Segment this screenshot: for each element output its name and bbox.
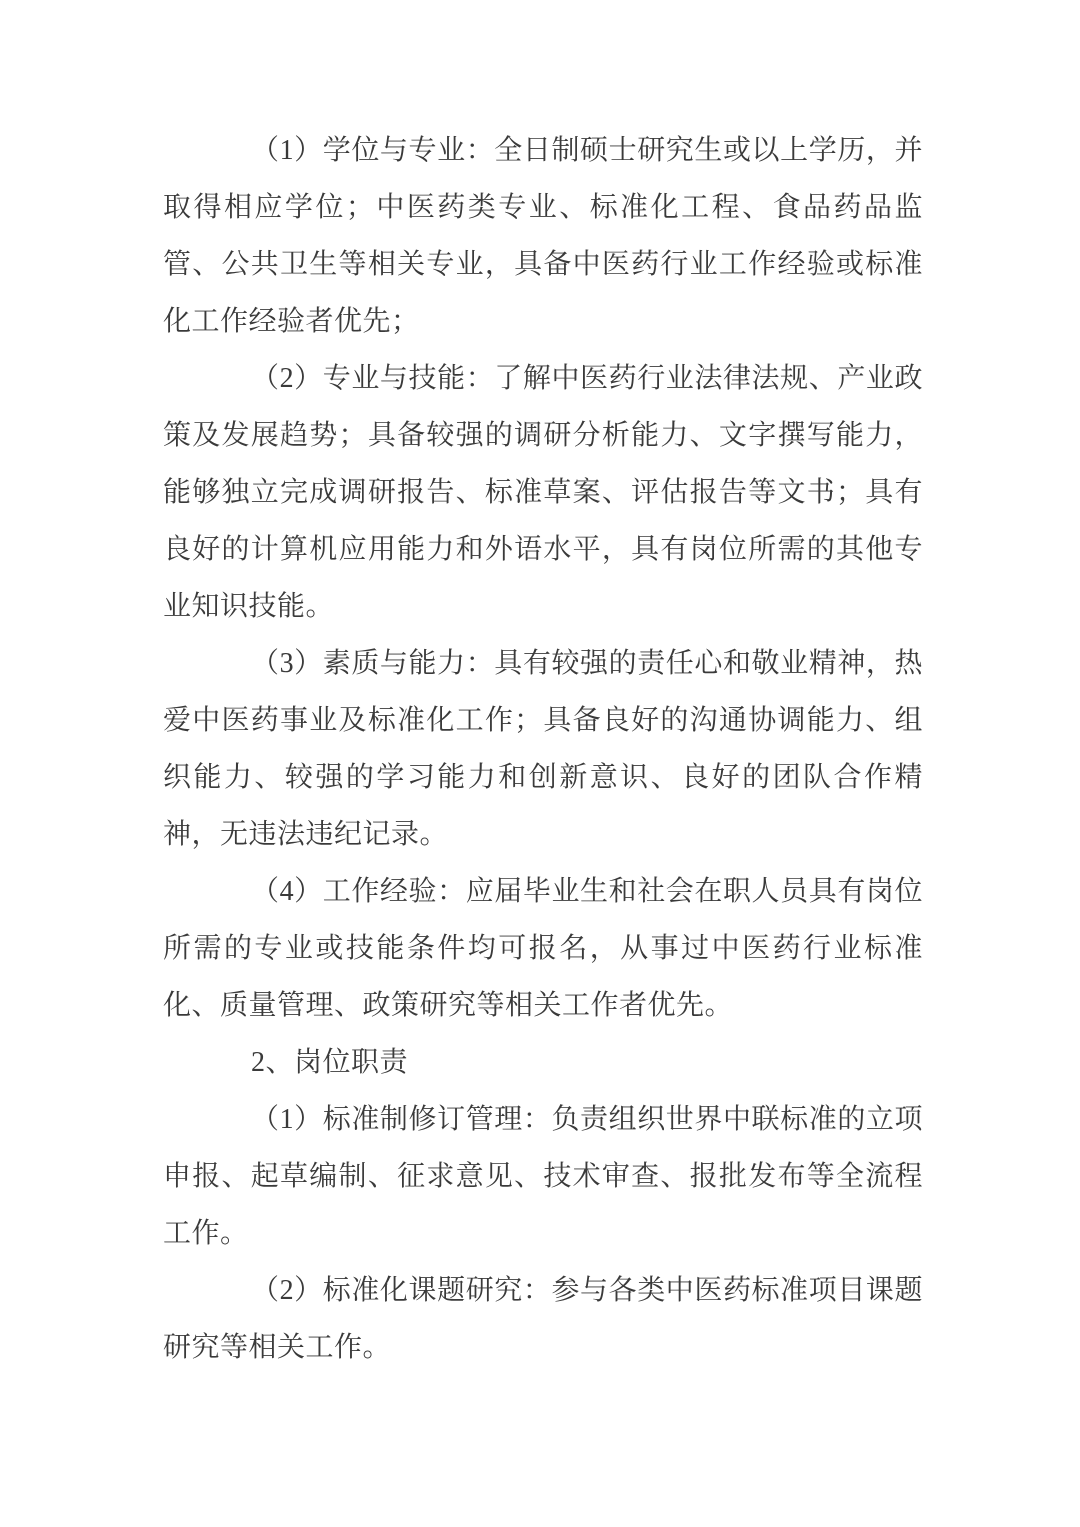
paragraph-standard-revision-management: （1）标准制修订管理：负责组织世界中联标准的立项申报、起草编制、征求意见、技术审… bbox=[163, 1091, 923, 1262]
document-body: （1）学位与专业：全日制硕士研究生或以上学历，并取得相应学位；中医药类专业、标准… bbox=[163, 122, 923, 1376]
paragraph-quality-and-ability: （3）素质与能力：具有较强的责任心和敬业精神，热爱中医药事业及标准化工作；具备良… bbox=[163, 635, 923, 863]
paragraph-major-and-skills: （2）专业与技能：了解中医药行业法律法规、产业政策及发展趋势；具备较强的调研分析… bbox=[163, 350, 923, 635]
document-page: （1）学位与专业：全日制硕士研究生或以上学历，并取得相应学位；中医药类专业、标准… bbox=[0, 0, 1080, 1527]
paragraph-standardization-research: （2）标准化课题研究：参与各类中医药标准项目课题研究等相关工作。 bbox=[163, 1262, 923, 1376]
paragraph-work-experience: （4）工作经验：应届毕业生和社会在职人员具有岗位所需的专业或技能条件均可报名，从… bbox=[163, 863, 923, 1034]
paragraph-degree-and-major: （1）学位与专业：全日制硕士研究生或以上学历，并取得相应学位；中医药类专业、标准… bbox=[163, 122, 923, 350]
heading-job-responsibilities: 2、岗位职责 bbox=[163, 1034, 923, 1091]
